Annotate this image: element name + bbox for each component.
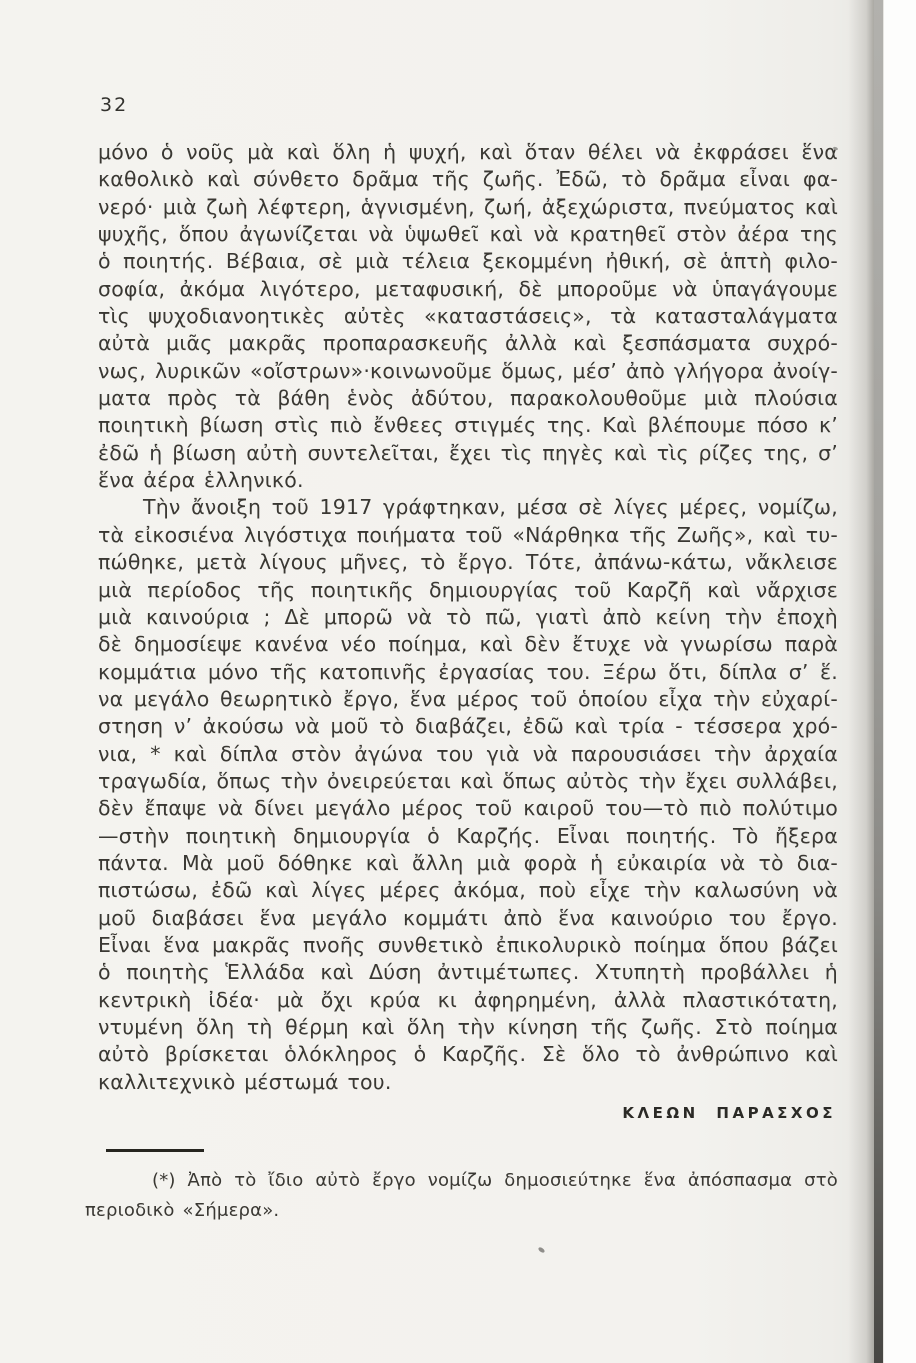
- body-text-line: ματα πρὸς τὰ βάθη ἑνὸς ἀδύτου, παρακολου…: [98, 385, 838, 412]
- footnote-line: (*) Ἀπὸ τὸ ἴδιο αὐτὸ ἔργο νομίζω δημοσιε…: [85, 1166, 838, 1196]
- body-text-line: μοῦ διαβάσει ἕνα μεγάλο κομμάτι ἀπὸ ἕνα …: [98, 905, 838, 932]
- body-text-line: Εἶναι ἕνα μακρᾶς πνοῆς συνθετικὸ ἐπικολυ…: [98, 932, 838, 959]
- body-text-block: μόνο ὁ νοῦς μὰ καὶ ὅλη ἡ ψυχή, καὶ ὅταν …: [98, 139, 838, 1225]
- body-text-line: καλλιτεχνικὸ μέστωμά του.: [98, 1069, 838, 1096]
- page-number: 32: [100, 94, 128, 116]
- page-edge-line: [874, 0, 883, 1363]
- footnote-block: (*) Ἀπὸ τὸ ἴδιο αὐτὸ ἔργο νομίζω δημοσιε…: [85, 1166, 838, 1225]
- body-text-line: στηση ν’ ἀκούσω νὰ μοῦ τὸ διαβάζει, ἐδῶ …: [98, 713, 838, 740]
- body-text-line: σοφία, ἀκόμα λιγότερο, μεταφυσική, δὲ μπ…: [98, 276, 838, 303]
- scanned-book-page: 32 μόνο ὁ νοῦς μὰ καὶ ὅλη ἡ ψυχή, καὶ ὅτ…: [0, 0, 916, 1363]
- body-text-line: νερό· μιὰ ζωὴ λέφτερη, ἁγνισμένη, ζωή, ἀ…: [98, 194, 838, 221]
- body-text-line: μόνο ὁ νοῦς μὰ καὶ ὅλη ἡ ψυχή, καὶ ὅταν …: [98, 139, 838, 166]
- body-text-line: πώθηκε, μετὰ λίγους μῆνες, τὸ ἔργο. Τότε…: [98, 549, 838, 576]
- body-text-line: πιστώσω, ἐδῶ καὶ λίγες μέρες ἀκόμα, ποὺ …: [98, 877, 838, 904]
- body-text-line: δὲ δημοσίεψε κανένα νέο ποίημα, καὶ δὲν …: [98, 631, 838, 658]
- body-text-line: κομμάτια μόνο τῆς κατοπινῆς ἐργασίας του…: [98, 659, 838, 686]
- body-text-line: ντυμένη ὅλη τὴ θέρμη καὶ ὅλη τὴν κίνηση …: [98, 1014, 838, 1041]
- footnote-rule: [106, 1149, 204, 1152]
- body-text-line: πάντα. Μὰ μοῦ δόθηκε καὶ ἄλλη μιὰ φορὰ ἡ…: [98, 850, 838, 877]
- body-text-line: ἕνα ἀέρα ἑλληνικό.: [98, 467, 838, 494]
- body-text-line: ἐδῶ ἡ βίωση αὐτὴ συντελεῖται, ἔχει τὶς π…: [98, 440, 838, 467]
- body-text-line: δὲν ἔπαψε νὰ δίνει μεγάλο μέρος τοῦ καιρ…: [98, 795, 838, 822]
- body-text-line: να μεγάλο θεωρητικὸ ἔργο, ἕνα μέρος τοῦ …: [98, 686, 838, 713]
- body-text-line: αὐτὸ βρίσκεται ὁλόκληρος ὁ Καρζῆς. Σὲ ὅλ…: [98, 1041, 838, 1068]
- body-text-line: κεντρικὴ ἰδέα· μὰ ὄχι κρύα κι ἀφηρημένη,…: [98, 987, 838, 1014]
- body-text-line: νια, * καὶ δίπλα στὸν ἀγώνα του γιὰ νὰ π…: [98, 741, 838, 768]
- body-text-line: ποιητικὴ βίωση στὶς πιὸ ἔνθεες στιγμές τ…: [98, 412, 838, 439]
- body-text-line: ὁ ποιητής. Βέβαια, σὲ μιὰ τέλεια ξεκομμέ…: [98, 248, 838, 275]
- body-text-line: Τὴν ἄνοιξη τοῦ 1917 γράφτηκαν, μέσα σὲ λ…: [98, 494, 838, 521]
- footnote-line: περιοδικὸ «Σήμερα».: [85, 1196, 838, 1226]
- body-text-line: μιὰ καινούρια ; Δὲ μπορῶ νὰ τὸ πῶ, γιατὶ…: [98, 604, 838, 631]
- body-text-line: μιὰ περίοδος τῆς ποιητικῆς δημιουργίας τ…: [98, 577, 838, 604]
- page-edge-shadow: [848, 0, 874, 1363]
- body-text-line: καθολικὸ καὶ σύνθετο δρᾶμα τῆς ζωῆς. Ἐδῶ…: [98, 166, 838, 193]
- body-text-line: ψυχῆς, ὅπου ἀγωνίζεται νὰ ὑψωθεῖ καὶ νὰ …: [98, 221, 838, 248]
- body-text-line: τὰ εἰκοσιένα λιγόστιχα ποιήματα τοῦ «Νάρ…: [98, 522, 838, 549]
- body-text-line: αὐτὰ μιᾶς μακρᾶς προπαρασκευῆς ἀλλὰ καὶ …: [98, 330, 838, 357]
- body-text-line: τραγωδία, ὅπως τὴν ὀνειρεύεται καὶ ὅπως …: [98, 768, 838, 795]
- author-signature: ΚΛΕΩΝ ΠΑΡΑΣΧΟΣ: [98, 1100, 838, 1127]
- body-text-line: —στὴν ποιητικὴ δημιουργία ὁ Καρζής. Εἶνα…: [98, 823, 838, 850]
- body-text-line: νως, λυρικῶν «οἴστρων»·κοινωνοῦμε ὅμως, …: [98, 358, 838, 385]
- body-text-line: ὁ ποιητὴς Ἑλλάδα καὶ Δύση ἀντιμέτωπες. Χ…: [98, 959, 838, 986]
- body-text-line: τὶς ψυχοδιανοητικὲς αὐτὲς «καταστάσεις»,…: [98, 303, 838, 330]
